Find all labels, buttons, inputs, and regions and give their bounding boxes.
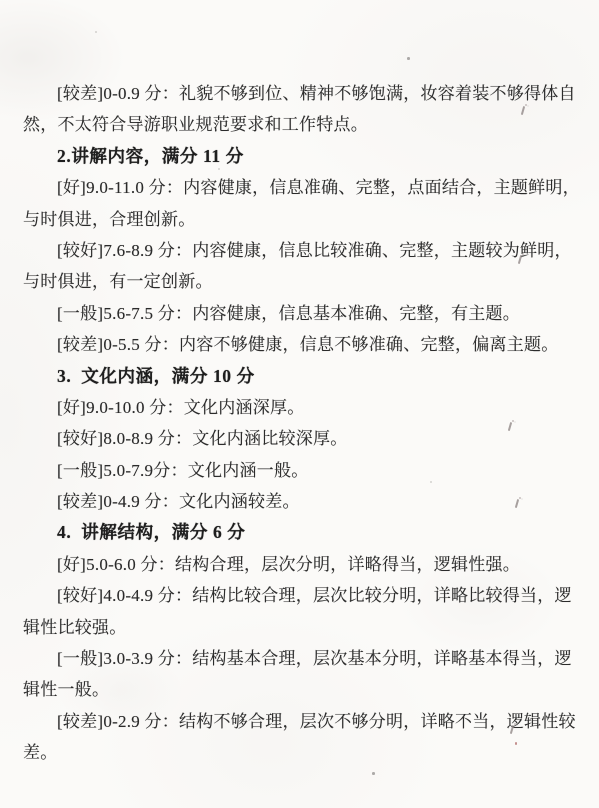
criteria-line-wrap: 辑性比较强。: [23, 612, 575, 643]
document-text-block: [较差]0-0.9 分：礼貌不够到位、精神不够饱满，妆容着装不够得体自 然，不太…: [23, 78, 575, 769]
criteria-line-wrap: 然，不太符合导游职业规范要求和工作特点。: [23, 109, 575, 140]
criteria-line: [较差]0-2.9 分：结构不够合理，层次不够分明，详略不当，逻辑性较: [23, 706, 575, 737]
criteria-line: [一般]3.0-3.9 分：结构基本合理，层次基本分明，详略基本得当，逻: [23, 643, 575, 674]
criteria-line: [好]9.0-11.0 分：内容健康，信息准确、完整，点面结合，主题鲜明，: [23, 172, 575, 203]
criteria-line: [好]9.0-10.0 分：文化内涵深厚。: [23, 392, 575, 423]
criteria-line-wrap: 差。: [23, 737, 575, 768]
dust-speck: [407, 57, 410, 60]
criteria-line: [较差]0-5.5 分：内容不够健康，信息不够准确、完整，偏离主题。: [23, 329, 575, 360]
section-heading-2: 2.讲解内容，满分 11 分: [23, 141, 575, 172]
criteria-line: [较好]8.0-8.9 分：文化内涵比较深厚。: [23, 423, 575, 454]
criteria-line: [较差]0-4.9 分：文化内涵较差。: [23, 486, 575, 517]
section-heading-3: 3. 文化内涵，满分 10 分: [23, 361, 575, 392]
criteria-line-wrap: 与时俱进，有一定创新。: [23, 266, 575, 297]
criteria-line-wrap: 辑性一般。: [23, 674, 575, 705]
criteria-line: [一般]5.6-7.5 分：内容健康，信息基本准确、完整，有主题。: [23, 298, 575, 329]
criteria-line: [较差]0-0.9 分：礼貌不够到位、精神不够饱满，妆容着装不够得体自: [23, 78, 575, 109]
criteria-line: [较好]4.0-4.9 分：结构比较合理，层次比较分明，详略比较得当，逻: [23, 580, 575, 611]
criteria-line: [好]5.0-6.0 分：结构合理，层次分明，详略得当，逻辑性强。: [23, 549, 575, 580]
dust-speck: [372, 772, 375, 775]
scanned-document-page: { "colors": { "paper": "#fbfaf8", "ink":…: [0, 0, 599, 808]
criteria-line-wrap: 与时俱进，合理创新。: [23, 204, 575, 235]
dust-speck: [95, 31, 97, 33]
section-heading-4: 4. 讲解结构，满分 6 分: [23, 517, 575, 548]
criteria-line: [一般]5.0-7.9分：文化内涵一般。: [23, 455, 575, 486]
criteria-line: [较好]7.6-8.9 分：内容健康，信息比较准确、完整，主题较为鲜明，: [23, 235, 575, 266]
